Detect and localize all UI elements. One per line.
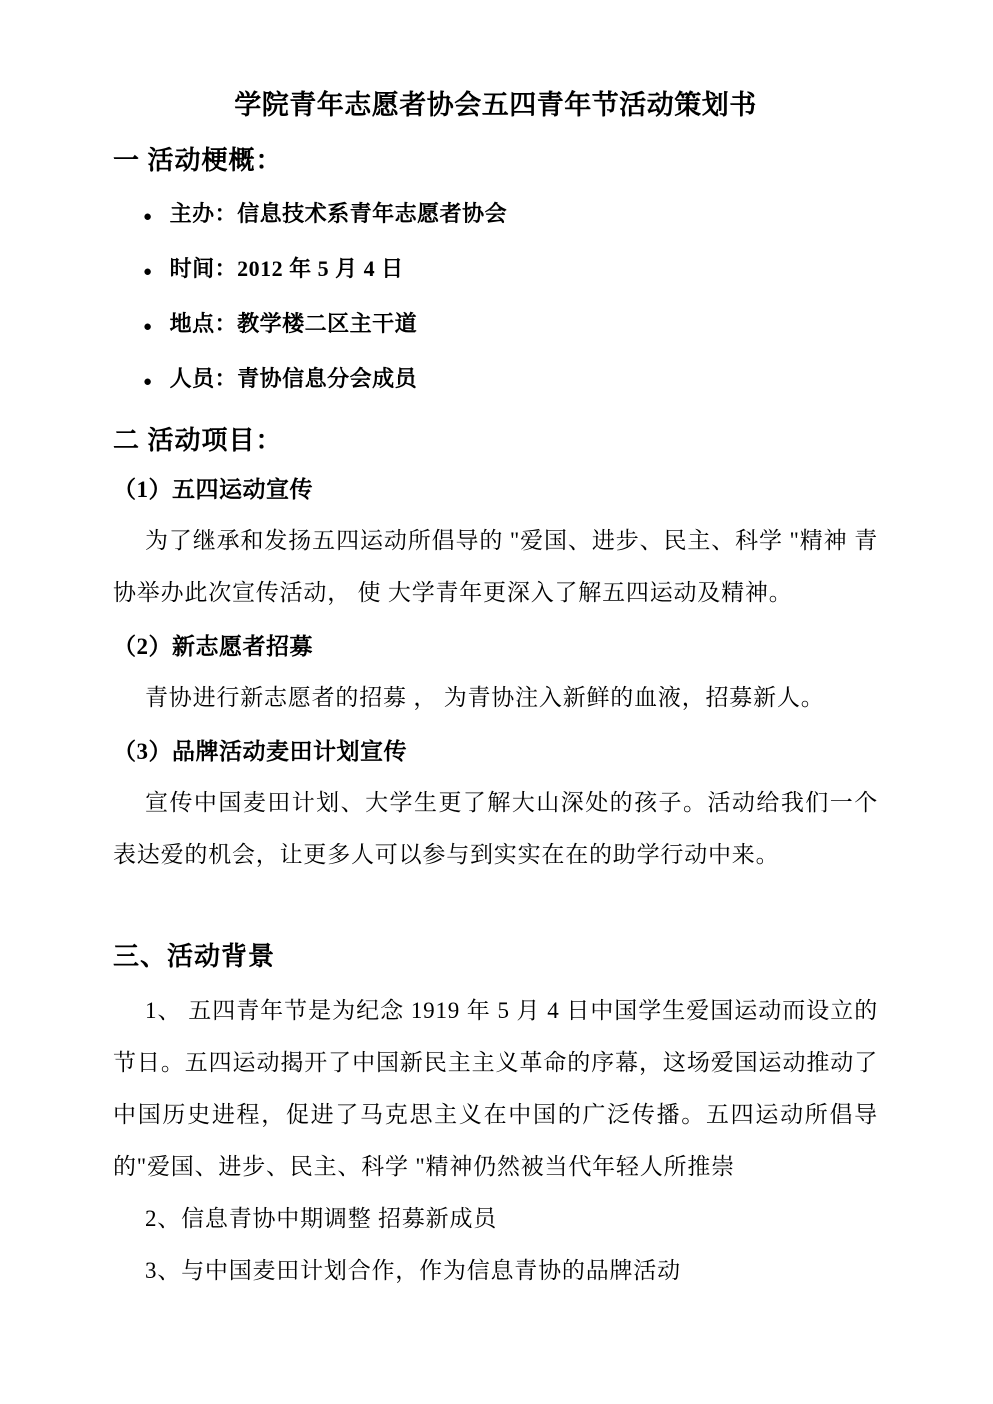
overview-list: ● 主办：信息技术系青年志愿者协会 ● 时间：2012 年 5 月 4 日 ● …	[113, 199, 878, 397]
list-item: ● 地点：教学楼二区主干道	[143, 309, 878, 342]
bullet-text: 地点：教学楼二区主干道	[170, 309, 418, 339]
activity-1-heading: （1）五四运动宣传	[113, 475, 878, 505]
bullet-icon: ●	[143, 257, 153, 287]
background-item-2: 2、信息青协中期调整 招募新成员	[113, 1193, 878, 1245]
bullet-icon: ●	[143, 202, 153, 232]
list-item: ● 人员：青协信息分会成员	[143, 364, 878, 397]
bullet-icon: ●	[143, 312, 153, 342]
background-item-3: 3、与中国麦田计划合作，作为信息青协的品牌活动	[113, 1245, 878, 1297]
background-item-1: 1、 五四青年节是为纪念 1919 年 5 月 4 日中国学生爱国运动而设立的节…	[113, 985, 878, 1193]
list-item: ● 主办：信息技术系青年志愿者协会	[143, 199, 878, 232]
document-title: 学院青年志愿者协会五四青年节活动策划书	[113, 85, 878, 125]
activity-3-heading: （3）品牌活动麦田计划宣传	[113, 737, 878, 767]
section-2-heading: 二 活动项目：	[113, 423, 878, 459]
list-item: ● 时间：2012 年 5 月 4 日	[143, 254, 878, 287]
activity-3-body: 宣传中国麦田计划、大学生更了解大山深处的孩子。活动给我们一个表达爱的机会，让更多…	[113, 777, 878, 881]
bullet-text: 主办：信息技术系青年志愿者协会	[170, 199, 508, 229]
bullet-text: 时间：2012 年 5 月 4 日	[170, 254, 404, 284]
activity-1-body: 为了继承和发扬五四运动所倡导的 "爱国、进步、民主、科学 "精神 青协举办此次宣…	[113, 515, 878, 619]
section-1-heading: 一 活动梗概：	[113, 143, 878, 179]
activity-2-heading: （2）新志愿者招募	[113, 632, 878, 662]
document-page: 学院青年志愿者协会五四青年节活动策划书 一 活动梗概： ● 主办：信息技术系青年…	[0, 0, 993, 1404]
activity-2-body: 青协进行新志愿者的招募 ， 为青协注入新鲜的血液，招募新人。	[113, 672, 878, 724]
bullet-text: 人员：青协信息分会成员	[170, 364, 418, 394]
section-3-heading: 三、活动背景	[113, 939, 878, 975]
bullet-icon: ●	[143, 367, 153, 397]
